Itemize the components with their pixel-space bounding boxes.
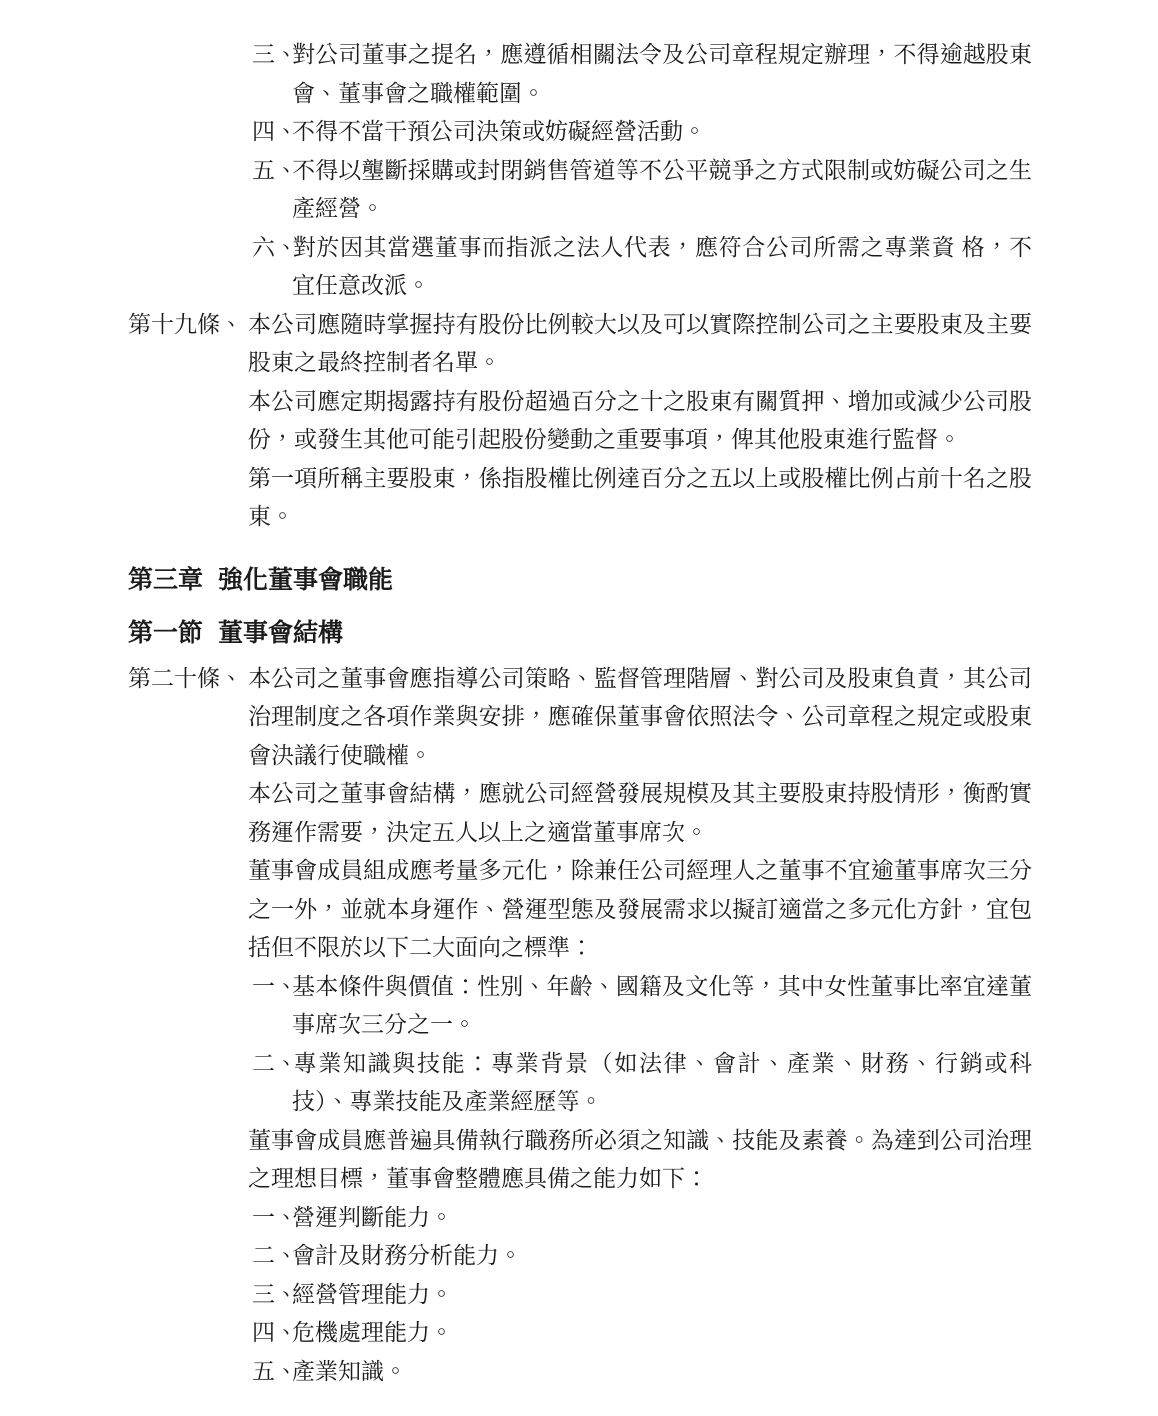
list-item-marker: 四、 (252, 113, 292, 152)
article-body: 本公司之董事會應指導公司策略、監督管理階層、對公司及股東負責，其公司治理制度之各… (248, 660, 1032, 1392)
list-item-marker: 六、 (252, 229, 292, 268)
list-item: 三、經營管理能力。 (292, 1276, 1032, 1315)
paragraph: 第一項所稱主要股東，係指股權比例達百分之五以上或股權比例占前十名之股東。 (248, 460, 1032, 537)
article-body: 本公司應隨時掌握持有股份比例較大以及可以實際控制公司之主要股東及主要股東之最終控… (248, 306, 1032, 537)
paragraph: 本公司應隨時掌握持有股份比例較大以及可以實際控制公司之主要股東及主要股東之最終控… (248, 306, 1032, 383)
list-item-marker: 二、 (252, 1045, 292, 1084)
paragraph: 本公司應定期揭露持有股份超過百分之十之股東有關質押、增加或減少公司股份，或發生其… (248, 383, 1032, 460)
list-item-text: 對公司董事之提名，應遵循相關法令及公司章程規定辦理，不得逾越股東會、董事會之職權… (292, 42, 1032, 106)
list-item-text: 不得不當干預公司決策或妨礙經營活動。 (292, 119, 706, 144)
list-item-text: 專業知識與技能：專業背景（如法律、會計、產業、財務、行銷或科技）、專業技能及產業… (292, 1051, 1032, 1115)
list-item-text: 危機處理能力。 (292, 1320, 453, 1345)
article-number-label: 第十九條、 (128, 306, 243, 345)
list-item-marker: 一、 (252, 1199, 292, 1238)
list-item-marker: 三、 (252, 1276, 292, 1315)
list-item-marker: 三、 (252, 36, 292, 75)
chapter-heading: 第三章強化董事會職能 (128, 562, 1032, 601)
article-20: 第二十條、 本公司之董事會應指導公司策略、監督管理階層、對公司及股東負責，其公司… (128, 660, 1032, 1392)
list-item: 四、不得不當干預公司決策或妨礙經營活動。 (292, 113, 1032, 152)
list-item-text: 不得以壟斷採購或封閉銷售管道等不公平競爭之方式限制或妨礙公司之生產經營。 (292, 158, 1032, 222)
paragraph: 本公司之董事會應指導公司策略、監督管理階層、對公司及股東負責，其公司治理制度之各… (248, 660, 1032, 776)
list-item: 一、基本條件與價值：性別、年齡、國籍及文化等，其中女性董事比率宜達董事席次三分之… (292, 968, 1032, 1045)
paragraph: 本公司之董事會結構，應就公司經營發展規模及其主要股東持股情形，衡酌實務運作需要，… (248, 775, 1032, 852)
list-item-text: 會計及財務分析能力。 (292, 1243, 522, 1268)
carryover-item-list: 三、對公司董事之提名，應遵循相關法令及公司章程規定辦理，不得逾越股東會、董事會之… (128, 36, 1032, 306)
list-item: 四、危機處理能力。 (292, 1314, 1032, 1353)
article-number-label: 第二十條、 (128, 660, 243, 699)
list-item-text: 基本條件與價值：性別、年齡、國籍及文化等，其中女性董事比率宜達董事席次三分之一。 (292, 974, 1032, 1038)
document-page: 三、對公司董事之提名，應遵循相關法令及公司章程規定辦理，不得逾越股東會、董事會之… (0, 0, 1158, 1416)
list-item: 五、不得以壟斷採購或封閉銷售管道等不公平競爭之方式限制或妨礙公司之生產經營。 (292, 152, 1032, 229)
chapter-title: 強化董事會職能 (218, 567, 393, 594)
list-item: 五、產業知識。 (292, 1353, 1032, 1392)
list-item: 一、營運判斷能力。 (292, 1199, 1032, 1238)
list-item-marker: 五、 (252, 1353, 292, 1392)
section-title: 董事會結構 (218, 620, 343, 647)
list-item-text: 經營管理能力。 (292, 1282, 453, 1307)
list-item: 六、對於因其當選董事而指派之法人代表，應符合公司所需之專業資 格，不宜任意改派。 (292, 229, 1032, 306)
section-number: 第一節 (128, 620, 203, 647)
paragraph: 董事會成員應普遍具備執行職務所必須之知識、技能及素養。為達到公司治理之理想目標，… (248, 1122, 1032, 1199)
article-19: 第十九條、 本公司應隨時掌握持有股份比例較大以及可以實際控制公司之主要股東及主要… (128, 306, 1032, 537)
list-item-text: 對於因其當選董事而指派之法人代表，應符合公司所需之專業資 格，不宜任意改派。 (292, 235, 1032, 299)
list-item: 三、對公司董事之提名，應遵循相關法令及公司章程規定辦理，不得逾越股東會、董事會之… (292, 36, 1032, 113)
list-item-marker: 四、 (252, 1314, 292, 1353)
chapter-number: 第三章 (128, 567, 203, 594)
list-item: 二、會計及財務分析能力。 (292, 1237, 1032, 1276)
list-item-marker: 二、 (252, 1237, 292, 1276)
list-item-marker: 一、 (252, 968, 292, 1007)
list-item-marker: 五、 (252, 152, 292, 191)
paragraph: 董事會成員組成應考量多元化，除兼任公司經理人之董事不宜逾董事席次三分之一外，並就… (248, 852, 1032, 968)
list-item: 二、專業知識與技能：專業背景（如法律、會計、產業、財務、行銷或科技）、專業技能及… (292, 1045, 1032, 1122)
list-item-text: 產業知識。 (292, 1359, 407, 1384)
list-item-text: 營運判斷能力。 (292, 1205, 453, 1230)
section-heading: 第一節董事會結構 (128, 615, 1032, 654)
